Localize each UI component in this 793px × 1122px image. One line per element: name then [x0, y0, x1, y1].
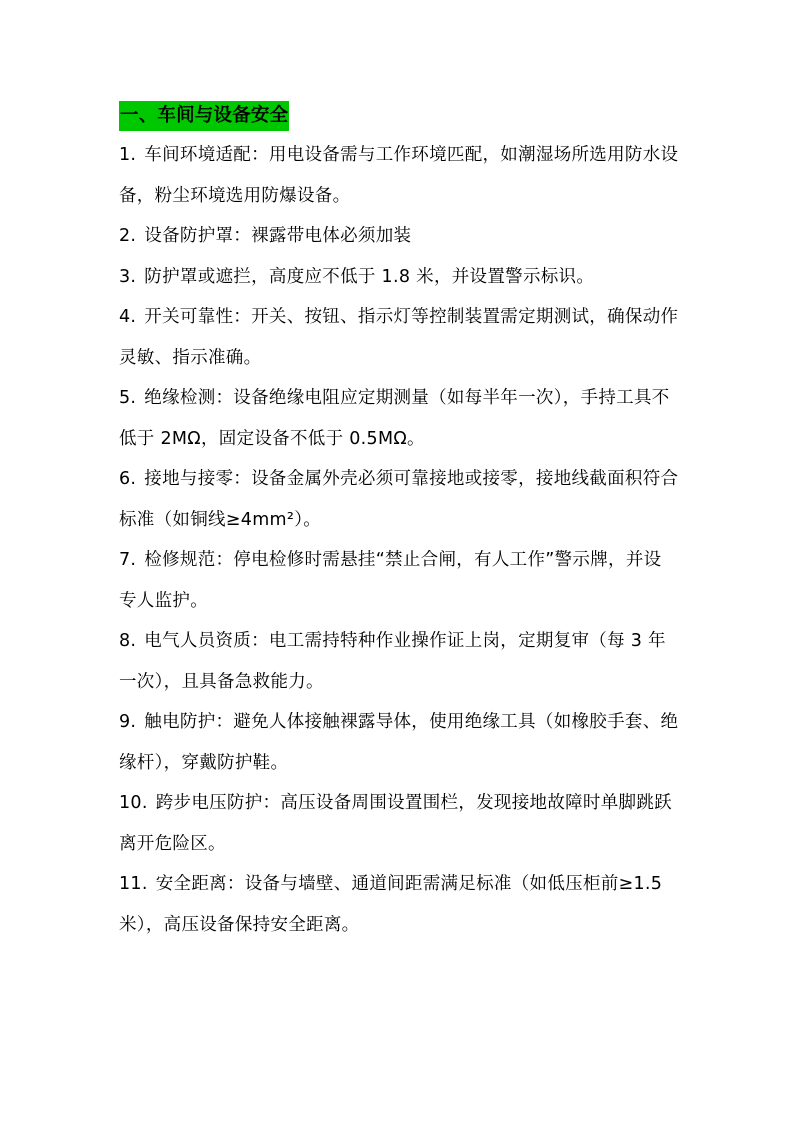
item-number: 10.: [119, 793, 148, 813]
list-item: 6.接地与接零：设备金属外壳必须可靠接地或接零，接地线截面积符合标准（如铜线≥4…: [119, 459, 679, 540]
item-list: 1.车间环境适配：用电设备需与工作环境匹配，如潮湿场所选用防水设备，粉尘环境选用…: [119, 135, 679, 945]
item-number: 7.: [119, 550, 136, 570]
list-item: 2.设备防护罩：裸露带电体必须加装: [119, 216, 679, 257]
list-item: 10.跨步电压防护：高压设备周围设置围栏，发现接地故障时单脚跳跃离开危险区。: [119, 783, 679, 864]
list-item: 7.检修规范：停电检修时需悬挂“禁止合闸，有人工作”警示牌，并设专人监护。: [119, 540, 679, 621]
item-text: 安全距离：设备与墙壁、通道间距需满足标准（如低压柜前≥1.5 米），高压设备保持…: [119, 874, 662, 935]
list-item: 1.车间环境适配：用电设备需与工作环境匹配，如潮湿场所选用防水设备，粉尘环境选用…: [119, 135, 679, 216]
list-item: 8.电气人员资质：电工需持特种作业操作证上岗，定期复审（每 3 年一次），且具备…: [119, 621, 679, 702]
item-number: 6.: [119, 469, 136, 489]
item-number: 1.: [119, 145, 136, 165]
item-text: 开关可靠性：开关、按钮、指示灯等控制装置需定期测试，确保动作灵敏、指示准确。: [119, 307, 678, 368]
item-number: 8.: [119, 631, 136, 651]
item-number: 3.: [119, 267, 136, 287]
item-text: 电气人员资质：电工需持特种作业操作证上岗，定期复审（每 3 年一次），且具备急救…: [119, 631, 666, 692]
item-text: 绝缘检测：设备绝缘电阻应定期测量（如每半年一次），手持工具不低于 2MΩ，固定设…: [119, 388, 670, 449]
list-item: 4.开关可靠性：开关、按钮、指示灯等控制装置需定期测试，确保动作灵敏、指示准确。: [119, 297, 679, 378]
item-text: 触电防护：避免人体接触裸露导体，使用绝缘工具（如橡胶手套、绝缘杆），穿戴防护鞋。: [119, 712, 678, 773]
list-item: 11.安全距离：设备与墙壁、通道间距需满足标准（如低压柜前≥1.5 米），高压设…: [119, 864, 679, 945]
list-item: 9.触电防护：避免人体接触裸露导体，使用绝缘工具（如橡胶手套、绝缘杆），穿戴防护…: [119, 702, 679, 783]
item-number: 2.: [119, 226, 136, 246]
item-text: 检修规范：停电检修时需悬挂“禁止合闸，有人工作”警示牌，并设专人监护。: [119, 550, 661, 611]
item-number: 4.: [119, 307, 136, 327]
list-item: 5.绝缘检测：设备绝缘电阻应定期测量（如每半年一次），手持工具不低于 2MΩ，固…: [119, 378, 679, 459]
item-text: 防护罩或遮拦，高度应不低于 1.8 米，并设置警示标识。: [144, 267, 594, 287]
item-text: 跨步电压防护：高压设备周围设置围栏，发现接地故障时单脚跳跃离开危险区。: [119, 793, 672, 854]
section-heading: 一、车间与设备安全: [119, 101, 289, 131]
document-page: 一、车间与设备安全 1.车间环境适配：用电设备需与工作环境匹配，如潮湿场所选用防…: [119, 100, 679, 945]
list-item: 3.防护罩或遮拦，高度应不低于 1.8 米，并设置警示标识。: [119, 257, 679, 298]
item-text: 接地与接零：设备金属外壳必须可靠接地或接零，接地线截面积符合标准（如铜线≥4mm…: [119, 469, 678, 530]
item-text: 车间环境适配：用电设备需与工作环境匹配，如潮湿场所选用防水设备，粉尘环境选用防爆…: [119, 145, 678, 206]
item-number: 9.: [119, 712, 136, 732]
item-text: 设备防护罩：裸露带电体必须加装: [144, 226, 411, 246]
item-number: 5.: [119, 388, 136, 408]
item-number: 11.: [119, 874, 148, 894]
